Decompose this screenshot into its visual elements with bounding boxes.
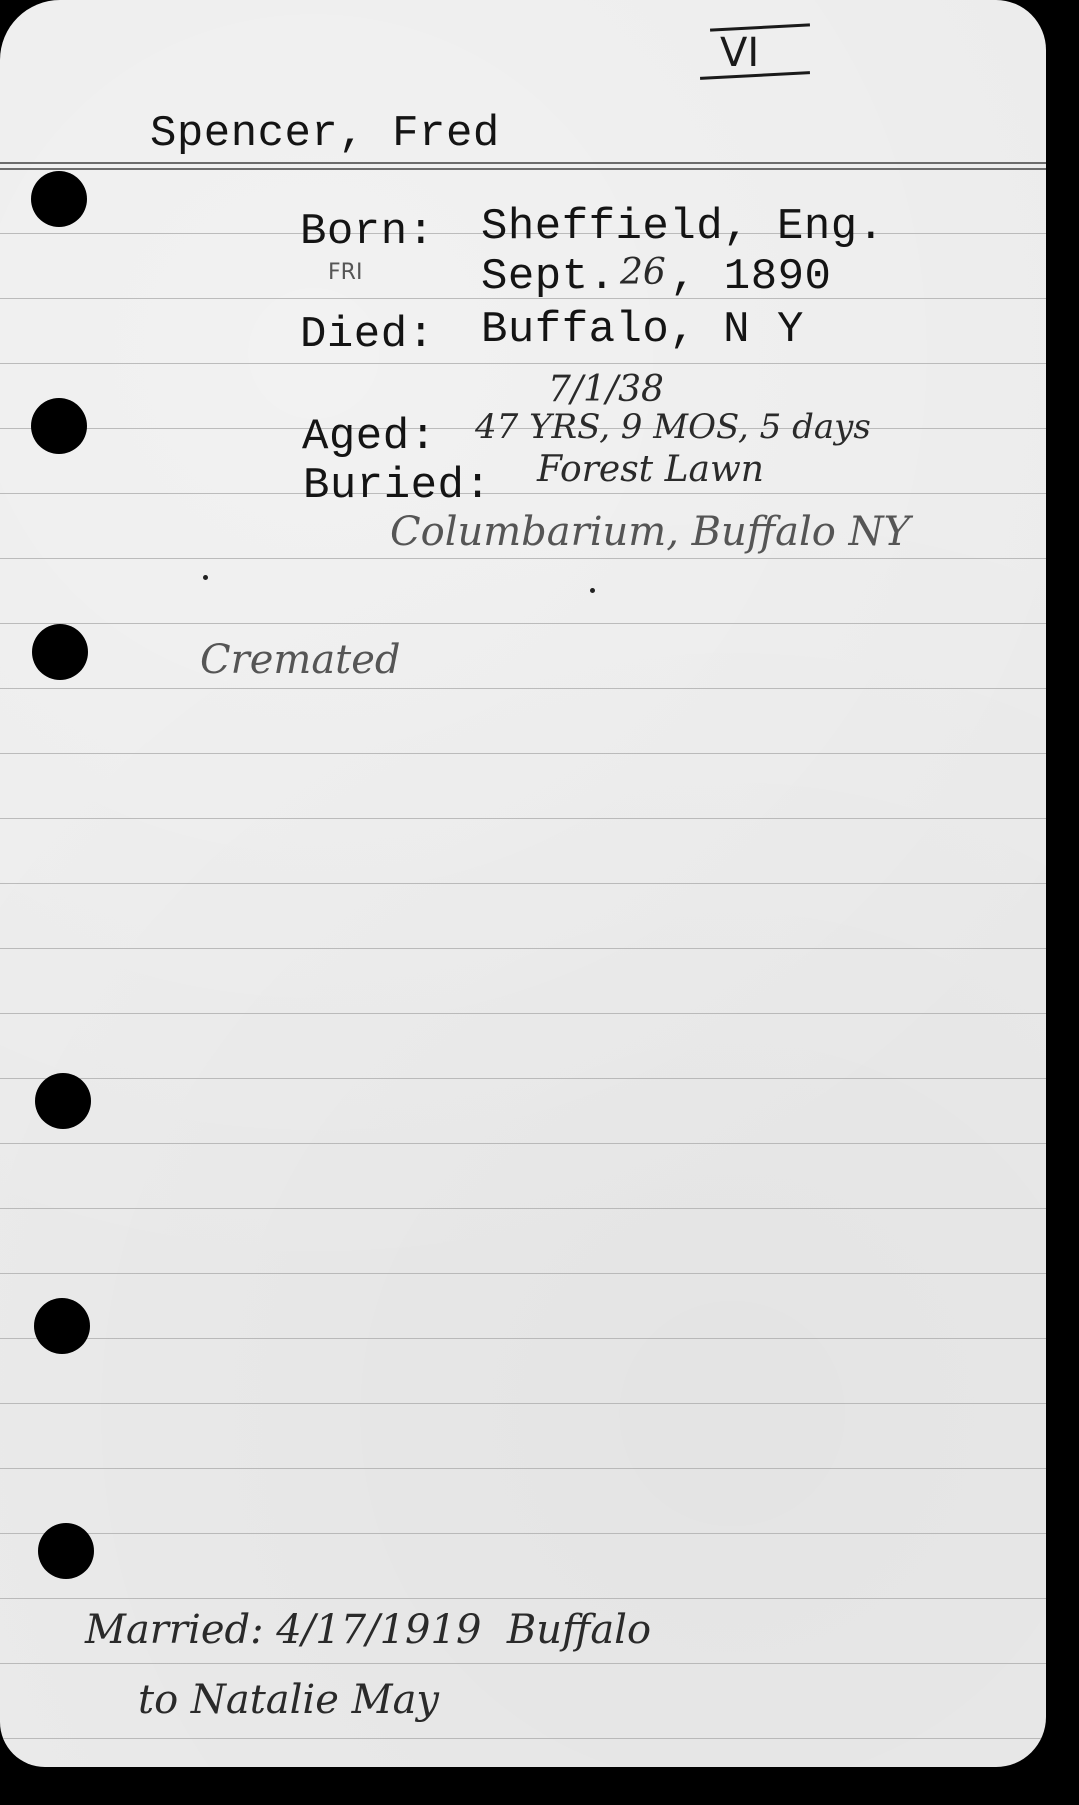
born-place: Sheffield, Eng. [481, 205, 885, 249]
ruled-line [0, 1078, 1046, 1079]
buried-label: Buried: [303, 464, 491, 508]
ruled-line [0, 883, 1046, 884]
died-date: 7/1/38 [548, 372, 664, 408]
speck [590, 588, 595, 593]
ruled-line [0, 1273, 1046, 1274]
ruled-line [0, 1338, 1046, 1339]
ruled-line [0, 363, 1046, 364]
cremated-note: Cremated [200, 640, 401, 680]
married-note: Married: 4/17/1919 Buffalo [85, 1610, 651, 1650]
ruled-line [0, 558, 1046, 559]
punch-hole [32, 624, 88, 680]
punch-hole [35, 1073, 91, 1129]
ruled-line [0, 1403, 1046, 1404]
ruled-line [0, 1143, 1046, 1144]
ruled-line [0, 1533, 1046, 1534]
punch-hole [38, 1523, 94, 1579]
ruled-line [0, 948, 1046, 949]
buried-value: Forest Lawn [537, 452, 764, 488]
burial-location: Columbarium, Buffalo NY [390, 512, 910, 552]
volume-mark: VI [700, 26, 810, 78]
ruled-line [0, 623, 1046, 624]
header-rule [0, 162, 1046, 164]
punch-hole [31, 398, 87, 454]
aged-value: 47 YRS, 9 MOS, 5 days [475, 410, 871, 444]
index-card: VI Spencer, Fred Born: Sheffield, Eng. F… [0, 0, 1046, 1767]
ruled-line [0, 1013, 1046, 1014]
died-label: Died: [300, 313, 435, 357]
born-date-year: , 1890 [670, 255, 831, 299]
ruled-line [0, 1598, 1046, 1599]
speck [203, 575, 208, 580]
aged-label: Aged: [302, 415, 437, 459]
ruled-line [0, 753, 1046, 754]
volume-mark-text: VI [720, 30, 759, 76]
header-rule [0, 168, 1046, 170]
ruled-line [0, 1738, 1046, 1739]
born-weekday-note: FRI [328, 262, 362, 284]
punch-hole [31, 171, 87, 227]
born-date-day: 26 [620, 255, 666, 291]
died-place: Buffalo, N Y [481, 308, 804, 352]
ruled-line [0, 1663, 1046, 1664]
born-date-prefix: Sept. [481, 255, 616, 299]
ruled-line [0, 1468, 1046, 1469]
born-label: Born: [300, 210, 435, 254]
ruled-line [0, 688, 1046, 689]
ruled-line [0, 493, 1046, 494]
person-name: Spencer, Fred [150, 112, 500, 156]
ruled-line [0, 818, 1046, 819]
ruled-line [0, 1208, 1046, 1209]
married-spouse-note: to Natalie May [138, 1680, 439, 1720]
punch-hole [34, 1298, 90, 1354]
